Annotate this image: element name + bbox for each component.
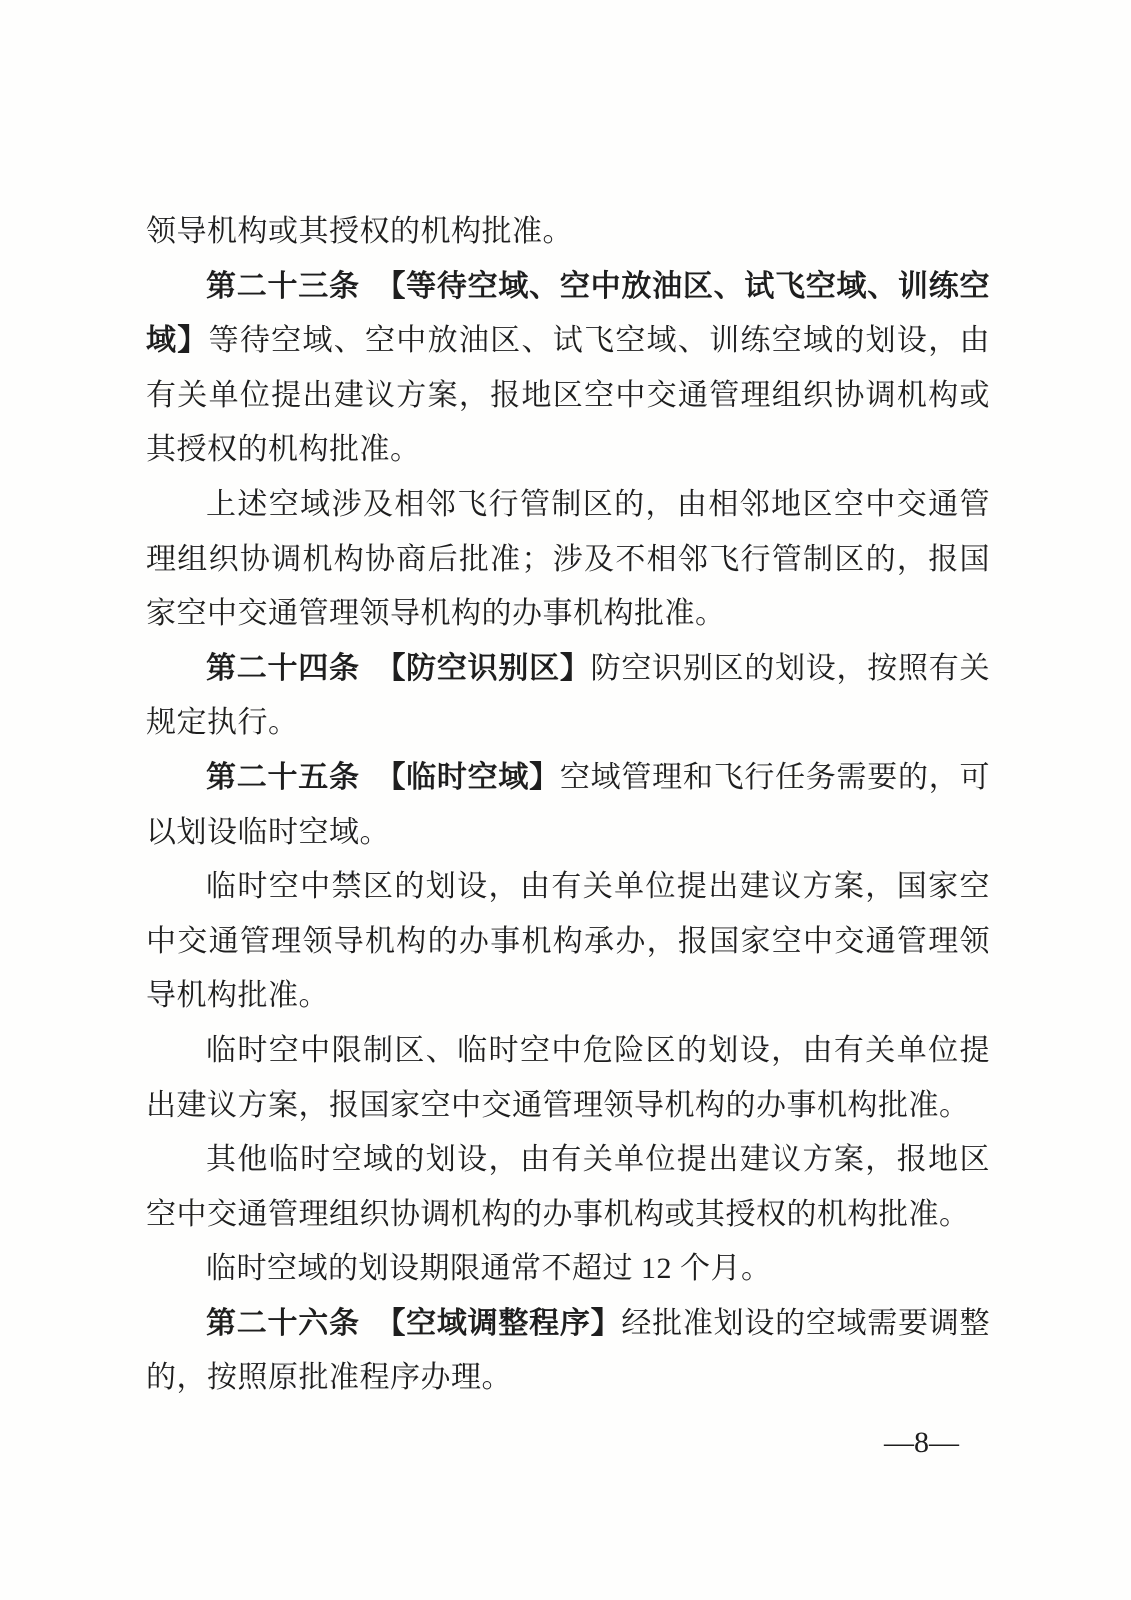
document-page: 领导机构或其授权的机构批准。 第二十三条 【等待空域、空中放油区、试飞空域、训练…	[0, 0, 1131, 1600]
paragraph-text: 等待空域、空中放油区、试飞空域、训练空域的划设，由有关单位提出建议方案，报地区空…	[146, 324, 990, 466]
document-text-block: 领导机构或其授权的机构批准。 第二十三条 【等待空域、空中放油区、试飞空域、训练…	[146, 205, 990, 1406]
paragraph-article-23: 第二十三条 【等待空域、空中放油区、试飞空域、训练空域】等待空域、空中放油区、试…	[146, 260, 990, 478]
paragraph: 其他临时空域的划设，由有关单位提出建议方案，报地区空中交通管理组织协调机构的办事…	[146, 1133, 990, 1242]
paragraph: 临时空中禁区的划设，由有关单位提出建议方案，国家空中交通管理领导机构的办事机构承…	[146, 860, 990, 1024]
paragraph-text: 临时空中禁区的划设，由有关单位提出建议方案，国家空中交通管理领导机构的办事机构承…	[146, 870, 990, 1012]
paragraph: 临时空域的划设期限通常不超过 12 个月。	[146, 1242, 990, 1297]
paragraph: 领导机构或其授权的机构批准。	[146, 205, 990, 260]
paragraph-text: 领导机构或其授权的机构批准。	[146, 215, 573, 248]
paragraph-article-26: 第二十六条 【空域调整程序】经批准划设的空域需要调整的，按照原批准程序办理。	[146, 1297, 990, 1406]
article-heading: 第二十五条 【临时空域】	[206, 761, 560, 794]
paragraph-article-24: 第二十四条 【防空识别区】防空识别区的划设，按照有关规定执行。	[146, 642, 990, 751]
page-number: —8—	[0, 1425, 1131, 1461]
paragraph-text: 临时空中限制区、临时空中危险区的划设，由有关单位提出建议方案，报国家空中交通管理…	[146, 1034, 990, 1122]
paragraph: 上述空域涉及相邻飞行管制区的，由相邻地区空中交通管理组织协调机构协商后批准；涉及…	[146, 478, 990, 642]
article-heading: 第二十六条 【空域调整程序】	[206, 1307, 621, 1340]
paragraph-article-25: 第二十五条 【临时空域】空域管理和飞行任务需要的，可以划设临时空域。	[146, 751, 990, 860]
paragraph-text: 临时空域的划设期限通常不超过 12 个月。	[206, 1252, 772, 1285]
article-heading: 第二十四条 【防空识别区】	[206, 652, 591, 685]
paragraph-text: 上述空域涉及相邻飞行管制区的，由相邻地区空中交通管理组织协调机构协商后批准；涉及…	[146, 488, 990, 630]
paragraph-text: 其他临时空域的划设，由有关单位提出建议方案，报地区空中交通管理组织协调机构的办事…	[146, 1143, 990, 1231]
paragraph: 临时空中限制区、临时空中危险区的划设，由有关单位提出建议方案，报国家空中交通管理…	[146, 1024, 990, 1133]
